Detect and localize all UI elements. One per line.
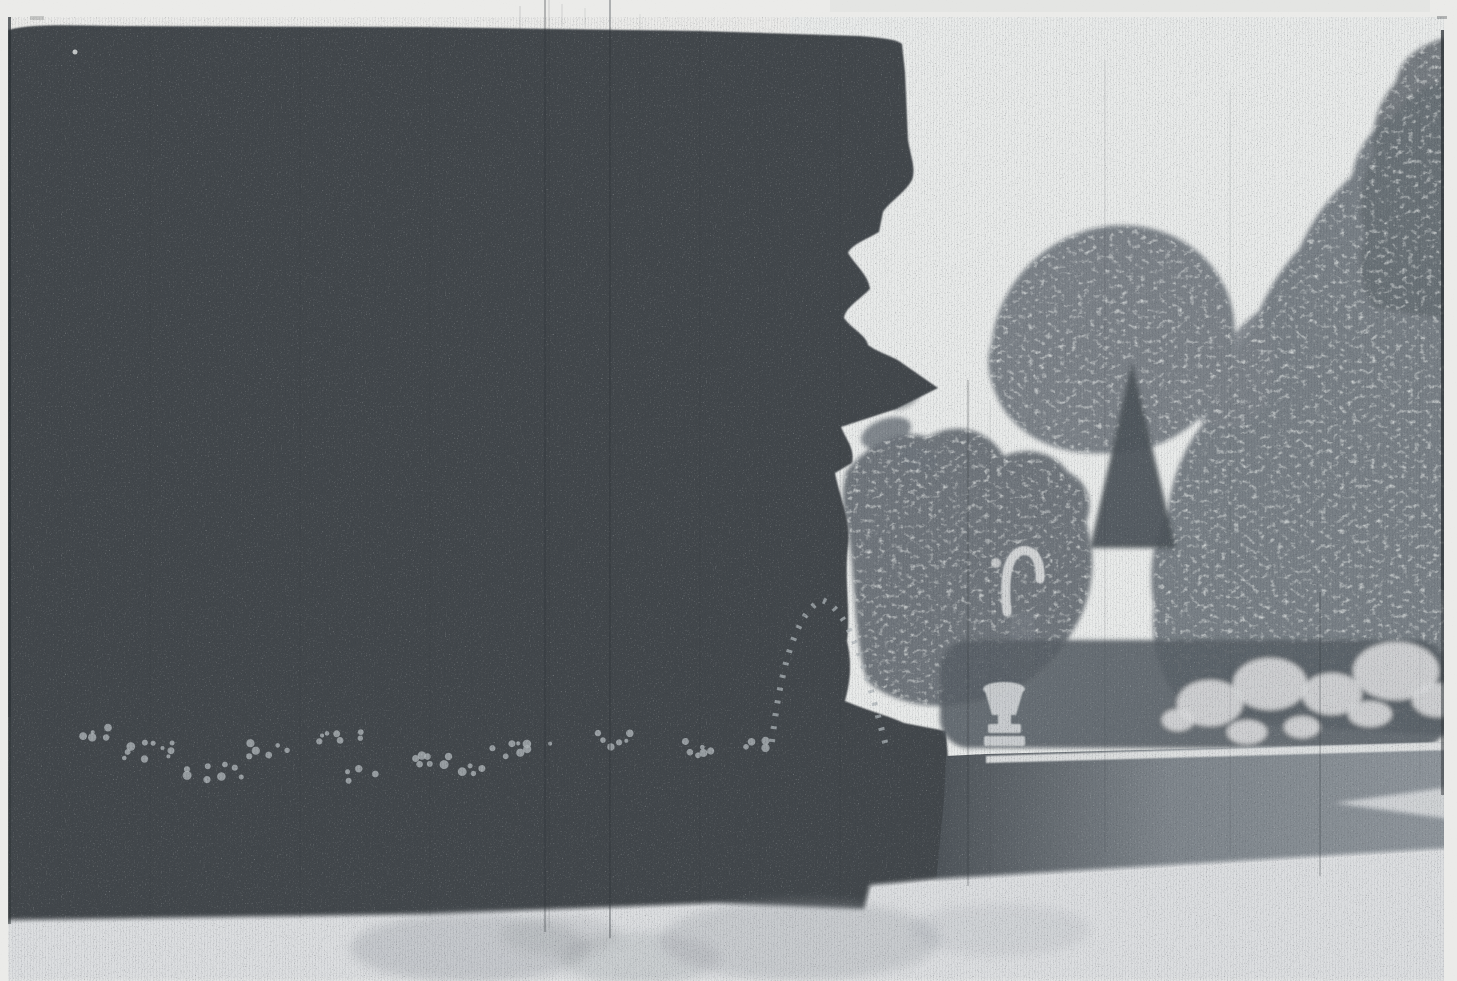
scanned-photo-page <box>0 0 1457 981</box>
page-grain <box>0 0 1457 981</box>
scanned-photo <box>0 0 1457 981</box>
